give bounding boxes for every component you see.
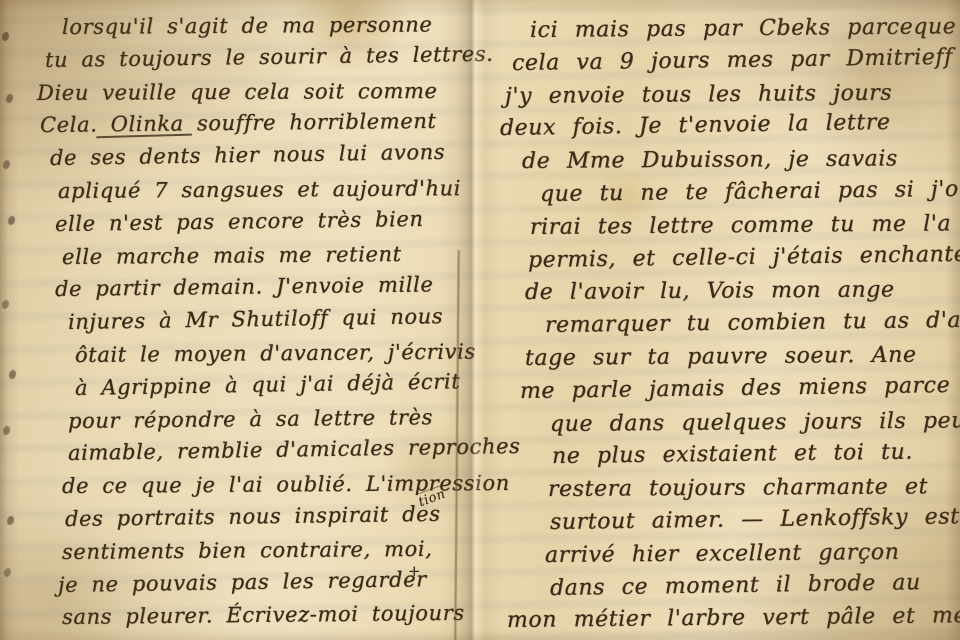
- handwriting-line: à Agrippine à qui j'ai déjà écrit: [75, 365, 465, 405]
- handwriting-line: de ses dents hier nous lui avons: [50, 136, 464, 175]
- handwriting-line: ne plus existaient et toi tu.: [552, 436, 960, 474]
- left-page: lorsqu'il s'agit de ma personne tu as to…: [54, 11, 464, 634]
- handwriting-line: des portraits nous inspirait des: [65, 497, 464, 535]
- handwriting-line: Dieu veuille que cela soit comme: [37, 74, 464, 109]
- handwriting-line: je ne pouvais pas les regarder: [58, 562, 464, 601]
- edge-ink-fragments: [2, 32, 9, 41]
- handwriting-line: deux fois. Je t'envoie la lettre: [500, 106, 960, 146]
- name-underline: [96, 134, 192, 139]
- handwriting-line: cela va 9 jours mes par Dmitrieff: [512, 41, 960, 80]
- handwriting-line: elle n'est pas encore très bien: [55, 202, 464, 241]
- handwriting-line: tu as toujours le sourir à tes lettres.: [45, 38, 464, 77]
- handwriting-line: permis, et celle-ci j'étais enchantée: [528, 238, 960, 277]
- letter-photo: lorsqu'il s'agit de ma personne tu as to…: [0, 0, 960, 640]
- handwriting-line: que tu ne te fâcherai pas si j'ouv: [540, 174, 960, 212]
- insertion-mark: +: [408, 562, 421, 580]
- handwriting-line: remarquer tu combien tu as d'avan: [545, 305, 960, 343]
- handwriting-line: injures à Mr Shutiloff qui nous: [68, 300, 464, 339]
- handwriting-line: de Mme Dubuisson, je savais: [522, 143, 960, 179]
- handwriting-line: aimable, remblie d'amicales reproches: [68, 431, 464, 470]
- handwriting-line: sans pleurer. Écrivez-moi toujours: [62, 597, 464, 634]
- handwriting-line: me parle jamais des miens parce: [520, 369, 960, 408]
- handwriting-line: surtout aimer. — Lenkoffsky est: [550, 501, 960, 540]
- handwriting-line: mon métier l'arbre vert pâle et me: [507, 600, 960, 638]
- handwriting-line: dans ce moment il brode au: [550, 566, 960, 605]
- right-page: ici mais pas par Cbeks parceque cela va …: [505, 15, 960, 638]
